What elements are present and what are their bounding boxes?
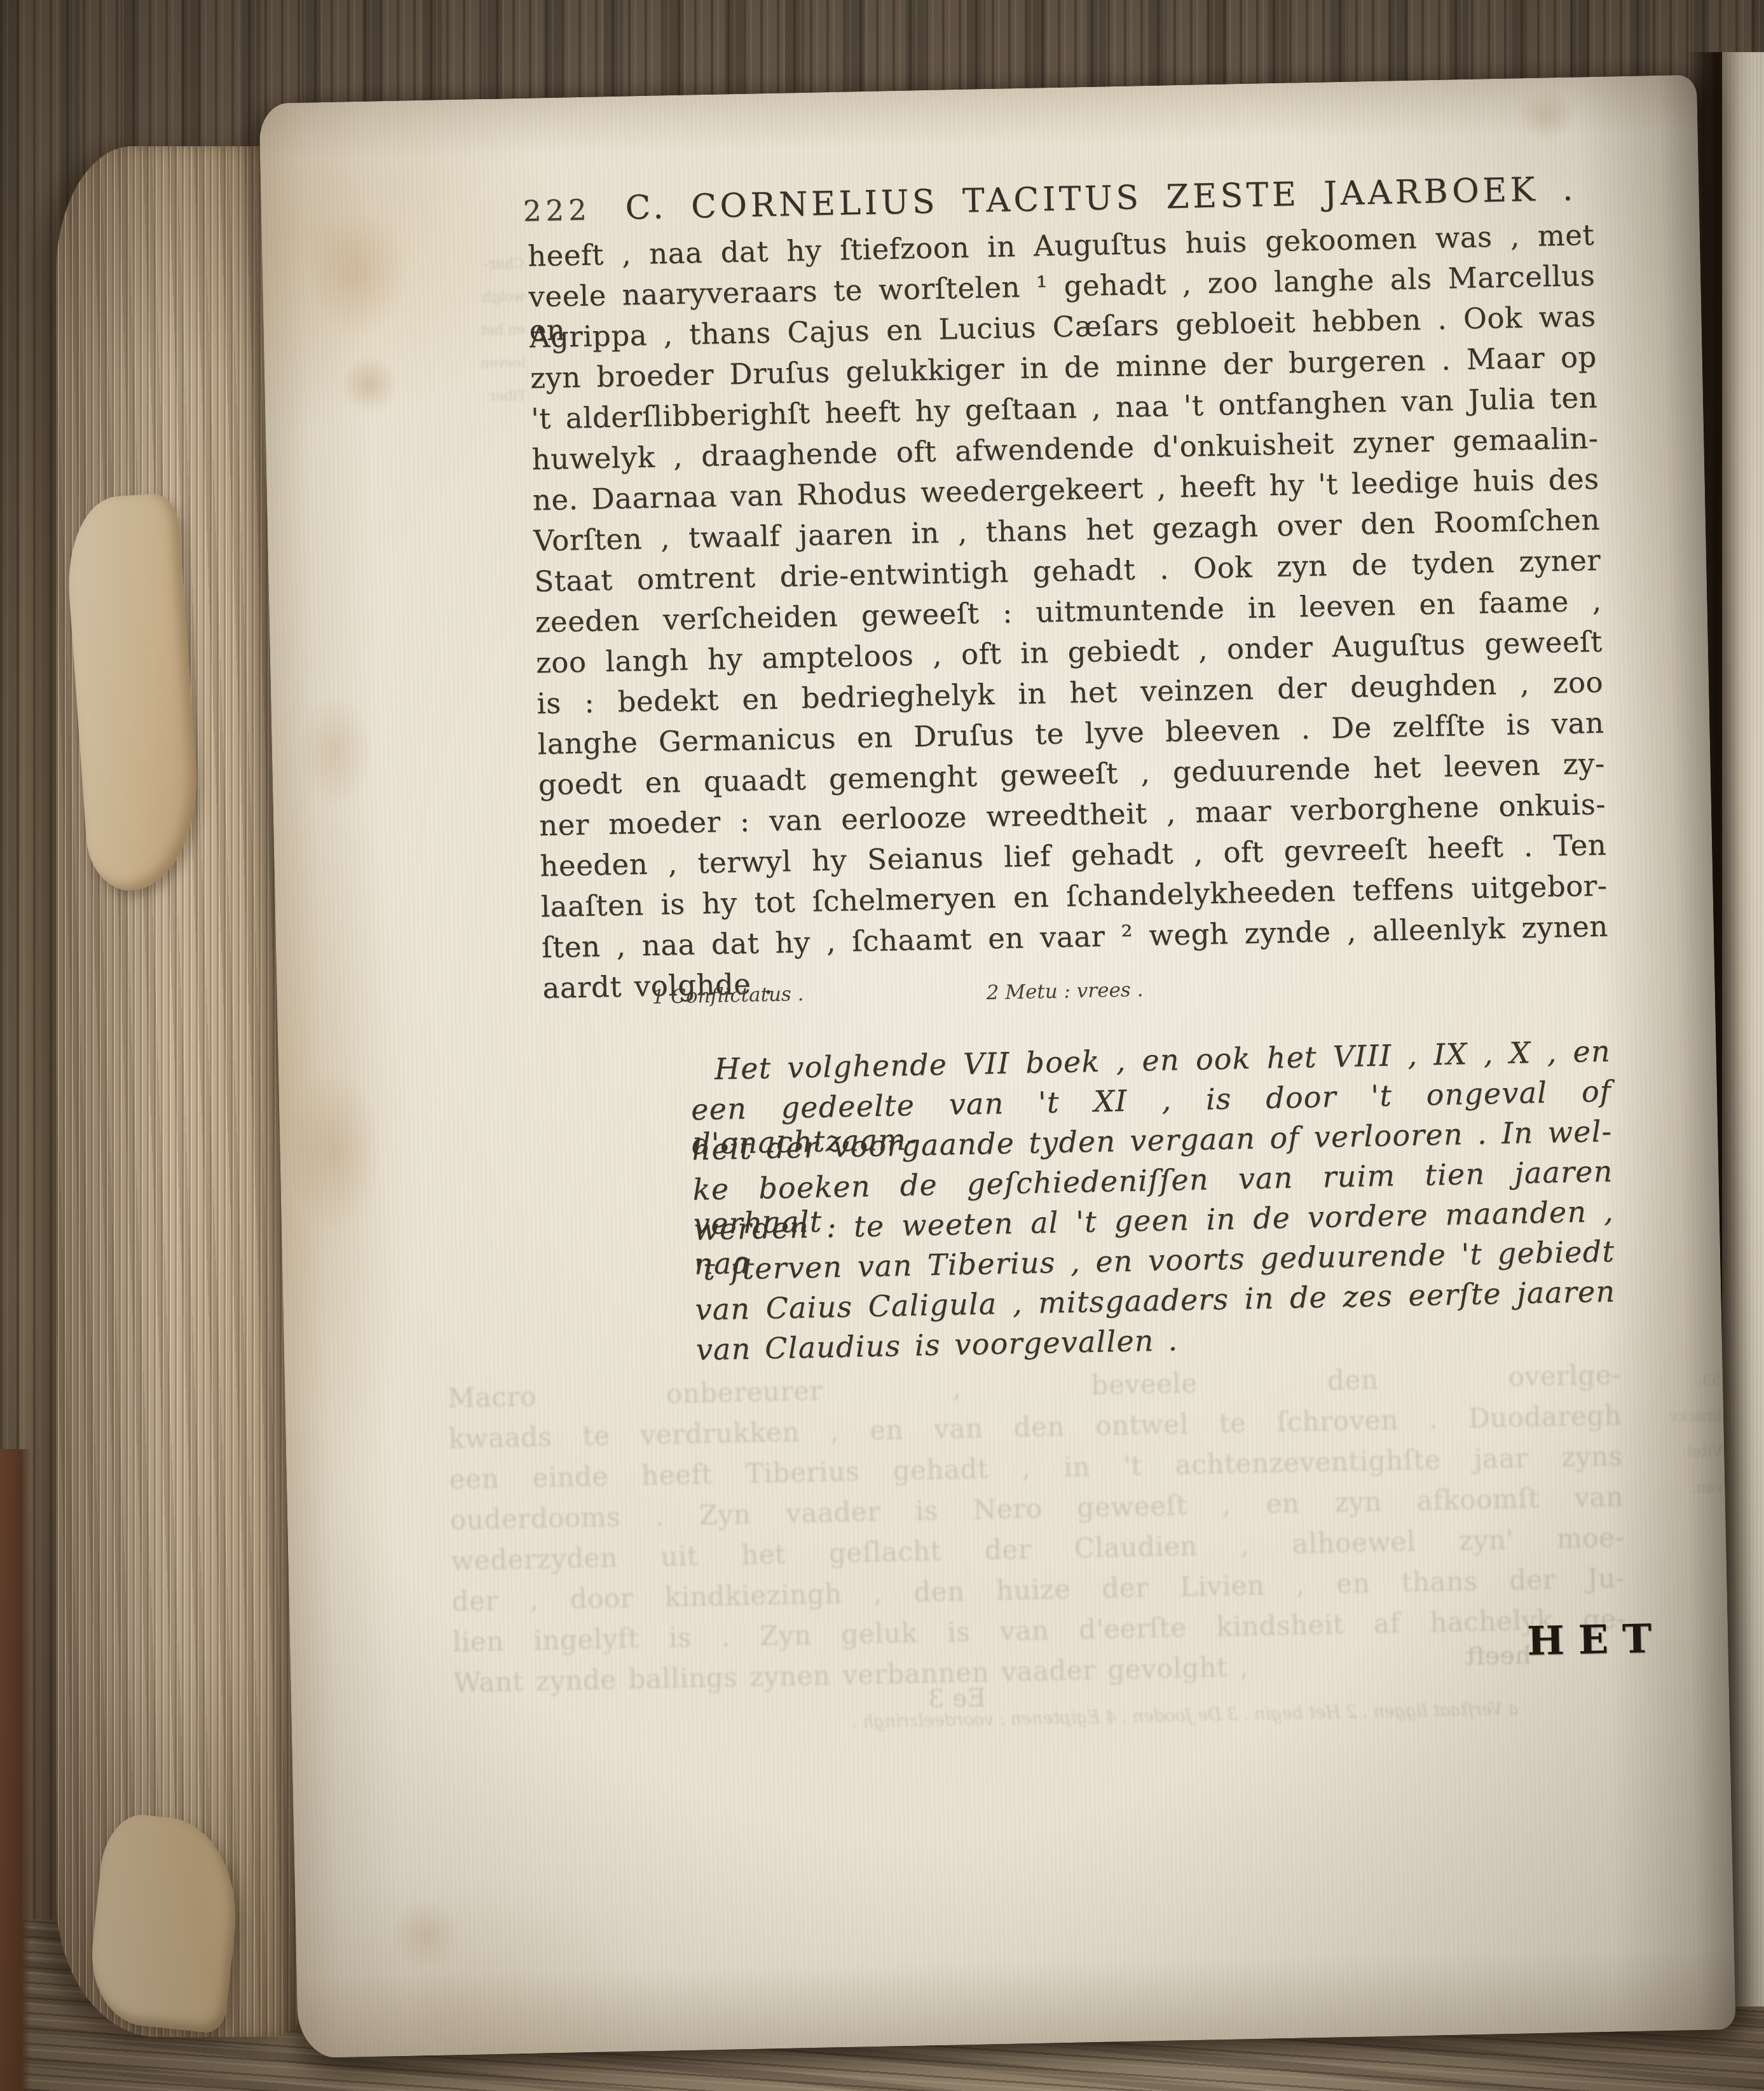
bleedthrough-margin-note: en het [430,322,525,340]
italic-paragraph: Het volghende VII boek , en ook het VIII… [690,1034,1617,1373]
book-page: 222 C. CORNELIUS TACITUS ZESTE JAARBOEK … [259,75,1735,2059]
bleedthrough-margin-note: 53. [1632,1371,1722,1391]
bleedthrough-text-band: Macro onbereurer , beveele den overlge- … [448,1359,1627,1708]
footnote-1: 1 Conflictatus . [652,983,804,1009]
bleedthrough-margin-note: Vitel. [1634,1442,1723,1462]
bleedthrough-margin-note: Chur- [428,256,524,274]
foxing-stain [296,693,375,808]
bleedthrough-footnote: a Verſtaat liggen . 2 Het begin . 3 De J… [564,1699,1518,1738]
bleedthrough-margin-note: Tiber. [431,388,526,406]
footnote-2: 2 Metu : vrees . [986,978,1144,1004]
foxing-stain [1517,90,1576,142]
bleedthrough-margin-note: van. [1634,1478,1724,1497]
running-head-title: C. CORNELIUS TACITUS ZESTE JAARBOEK . [625,170,1577,227]
table-edge-strip [0,1449,31,2091]
bleedthrough-word: heeft [1465,1640,1531,1671]
page-number: 222 [523,193,591,228]
catchword: HET [1527,1615,1666,1664]
foxing-stain [390,1898,462,1970]
bleedthrough-margin-note: brackv [1633,1406,1723,1426]
foxing-stain [340,355,399,414]
foxing-stain [306,208,410,337]
bleedthrough-margin-note: wolgh [429,289,524,307]
main-paragraph: heeft , naa dat hy ſtiefzoon in Auguſtus… [528,218,1610,1012]
bleedthrough-signature: Ee 3 [927,1684,986,1714]
foxing-stain [285,1067,383,1234]
photo-of-book-page: { "page": { "number": "222", "header_tit… [0,0,1764,2091]
bleedthrough-margin-note: leeven [430,355,526,373]
